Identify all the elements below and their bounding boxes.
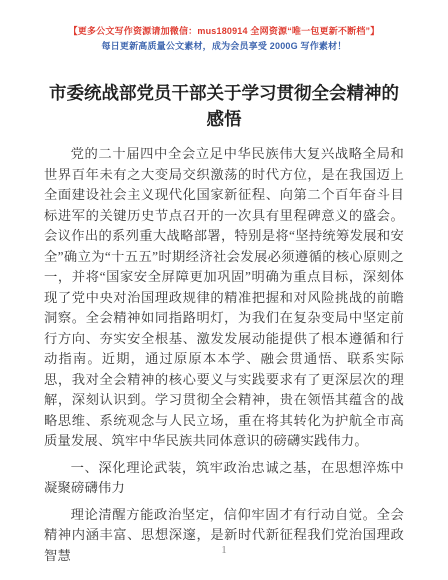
body-paragraph: 理论清醒方能政治坚定，信仰牢固才有行动自觉。全会精神内涵丰富、思想深邃，是新时代… <box>44 505 404 567</box>
document-body: 党的二十届四中全会立足中华民族伟大复兴战略全局和世界百年未有之大变局交织激荡的时… <box>0 144 448 566</box>
watermark-line-blue: 每日更新高质量公文素材，成为会员享受 2000G 写作素材！ <box>0 39 448 54</box>
document-page: 【更多公文写作资源请加微信：mus180914 全网资源“唯一包更新不断档”】 … <box>0 0 448 580</box>
watermark-header: 【更多公文写作资源请加微信：mus180914 全网资源“唯一包更新不断档”】 … <box>0 0 448 54</box>
section-heading: 一、深化理论武装，筑牢政治忠诚之基，在思想淬炼中凝聚磅礴伟力 <box>44 458 404 499</box>
watermark-line-red: 【更多公文写作资源请加微信：mus180914 全网资源“唯一包更新不断档”】 <box>0 24 448 39</box>
page-number: 1 <box>0 544 448 556</box>
body-paragraph: 党的二十届四中全会立足中华民族伟大复兴战略全局和世界百年未有之大变局交织激荡的时… <box>44 144 404 452</box>
document-title: 市委统战部党员干部关于学习贯彻全会精神的感悟 <box>0 80 448 132</box>
